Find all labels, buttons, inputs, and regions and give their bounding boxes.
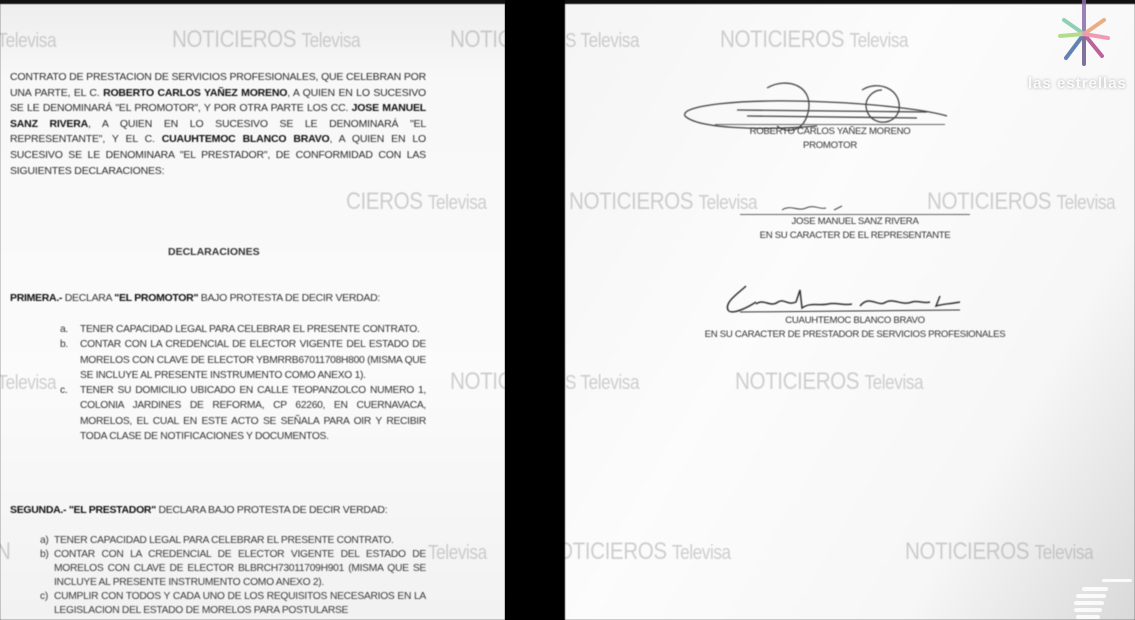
signer-name: ROBERTO CARLOS YAÑEZ MORENO: [685, 125, 975, 139]
list-item: a.TENER CAPACIDAD LEGAL PARA CELEBRAR EL…: [60, 322, 426, 337]
signer-role: EN SU CARACTER DE EL REPRESENTANTE: [735, 229, 975, 243]
watermark: NOTICIEROS Televisa: [720, 26, 908, 54]
signature-block-promoter: ROBERTO CARLOS YAÑEZ MORENO PROMOTOR: [685, 124, 975, 153]
promoter-name: ROBERTO CARLOS YAÑEZ MORENO: [103, 87, 287, 99]
list-item: c.TENER SU DOMICILIO UBICADO EN CALLE TE…: [60, 383, 426, 444]
watermark: Televisa: [428, 538, 487, 566]
signer-name: JOSE MANUEL SANZ RIVERA: [735, 215, 975, 229]
list-item: b.CONTAR CON LA CREDENCIAL DE ELECTOR VI…: [60, 337, 426, 383]
watermark: NOTICIEROS Televisa: [172, 26, 360, 54]
contract-page-left: S Televisa NOTICIEROS Televisa NOTICIERO…: [0, 4, 505, 620]
watermark: NOTICIEROS Televisa: [569, 188, 757, 216]
signer-role: EN SU CARACTER DE PRESTADOR DE SERVICIOS…: [665, 328, 1045, 342]
star-burst-logo-icon: [1054, 0, 1114, 72]
watermark: S Televisa: [565, 368, 639, 396]
signature-block-representative: JOSE MANUEL SANZ RIVERA EN SU CARACTER D…: [735, 214, 975, 243]
page-divider: [505, 0, 565, 620]
watermark: S Televisa: [565, 26, 639, 54]
watermark: OTICIEROS Televisa: [565, 538, 731, 566]
list-item: b)CONTAR CON LA CREDENCIAL DE ELECTOR VI…: [40, 548, 426, 590]
watermark: CIEROS Televisa: [346, 188, 487, 216]
watermark: NOTICIEROS Televisa: [735, 368, 923, 396]
watermark: NOTICIEROS: [450, 368, 505, 396]
contract-intro-paragraph: CONTRATO DE PRESTACION DE SERVICIOS PROF…: [10, 70, 426, 179]
watermark: NOTICIEROS Televisa: [905, 538, 1093, 566]
primera-items-list: a.TENER CAPACIDAD LEGAL PARA CELEBRAR EL…: [60, 322, 426, 444]
watermark: S Televisa: [0, 368, 56, 396]
signer-role: PROMOTOR: [685, 139, 975, 153]
provider-name: CUAUHTEMOC BLANCO BRAVO: [162, 133, 330, 145]
contract-page-right: S Televisa NOTICIEROS Televisa NOTICIERO…: [565, 4, 1135, 620]
watermark: S Televisa: [0, 26, 56, 54]
list-item: a)TENER CAPACIDAD LEGAL PARA CELEBRAR EL…: [40, 534, 426, 548]
watermark: NOTICIEROS: [450, 26, 505, 54]
televisa-sphere-logo-icon: [1062, 575, 1132, 620]
list-item: c)CUMPLIR CON TODOS Y CADA UNO DE LOS RE…: [40, 590, 426, 618]
clause-segunda: SEGUNDA.- "EL PRESTADOR" DECLARA BAJO PR…: [10, 504, 387, 516]
segunda-items-list: a)TENER CAPACIDAD LEGAL PARA CELEBRAR EL…: [40, 534, 426, 618]
clause-primera: PRIMERA.- DECLARA "EL PROMOTOR" BAJO PRO…: [10, 292, 380, 304]
signature-block-provider: CUAUHTEMOC BLANCO BRAVO EN SU CARACTER D…: [665, 314, 1045, 342]
channel-logo-text: las estrellas: [1028, 75, 1127, 92]
signer-name: CUAUHTEMOC BLANCO BRAVO: [665, 314, 1045, 328]
watermark: N: [0, 538, 10, 566]
declarations-heading: DECLARACIONES: [168, 246, 260, 258]
watermark: NOTICIEROS Televisa: [927, 188, 1115, 216]
